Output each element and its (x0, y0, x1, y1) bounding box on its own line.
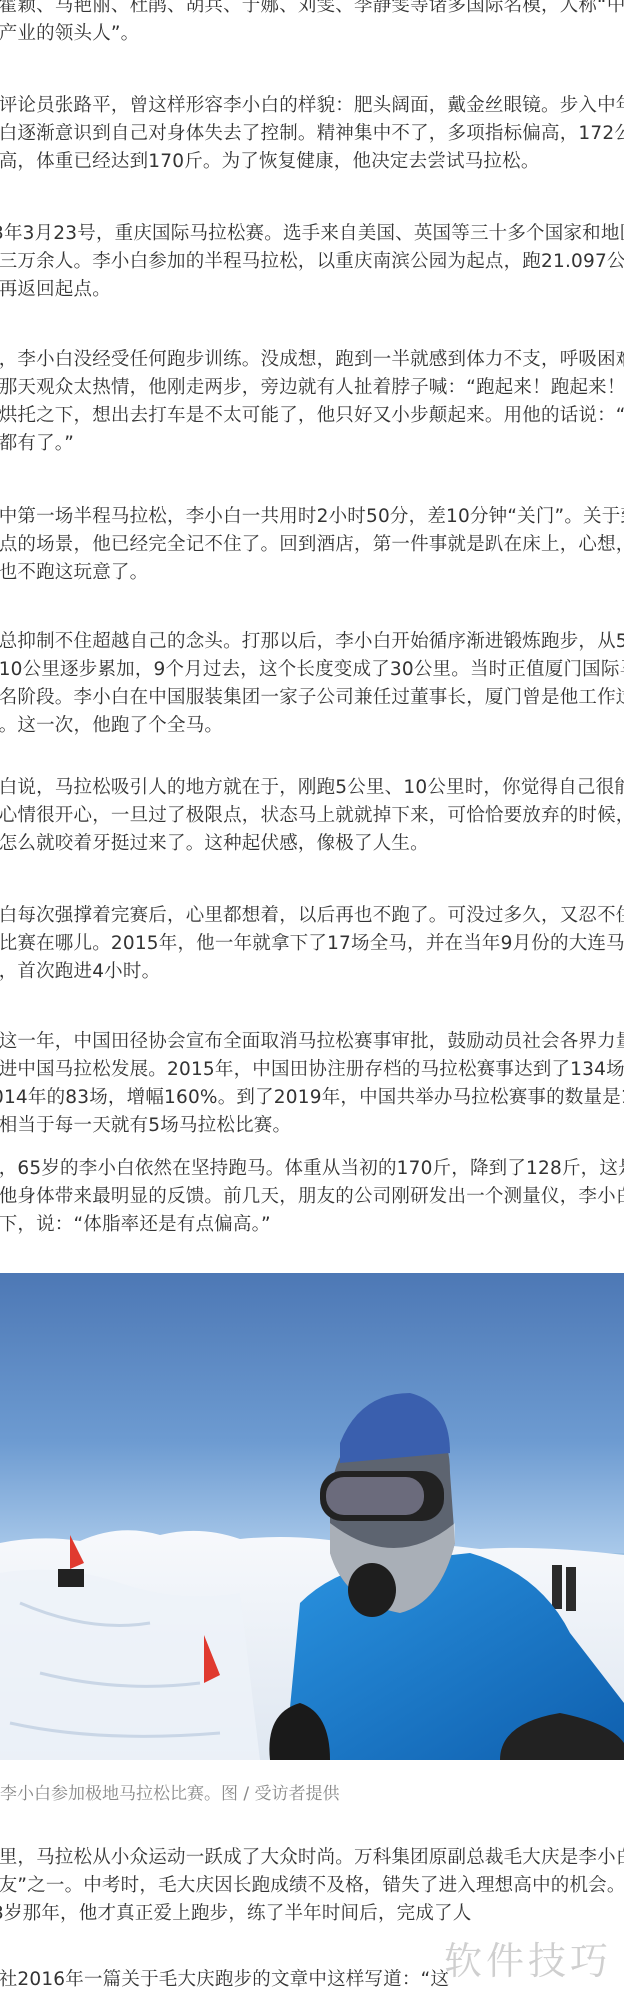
paragraph-line: 终点的场景，他已经完全记不住了。回到酒店，第一件事就是趴在床上，心想，以 (0, 531, 624, 559)
photo-caption: 李小白参加极地马拉松比赛。图 / 受访者提供 (0, 1781, 340, 1807)
paragraph-line: 给他身体带来最明显的反馈。前几天，朋友的公司刚研发出一个测量仪，李小白试 (0, 1183, 624, 1211)
article-paragraph: 前，李小白没经受任何跑步训练。没成想，跑到一半就感到体力不支，呼吸困难。可那天观… (0, 346, 624, 458)
article-paragraph: 育评论员张路平，曾这样形容李小白的样貌：肥头阔面，戴金丝眼镜。步入中年的小白逐渐… (0, 92, 624, 176)
paragraph-line: 育评论员张路平，曾这样形容李小白的样貌：肥头阔面，戴金丝眼镜。步入中年的 (0, 92, 624, 120)
paragraph-line: 再也不跑这玩意了。 (0, 559, 624, 587)
watermark-text: 软件技巧 (444, 1930, 612, 1985)
paragraph-line: 报名阶段。李小白在中国服装集团一家子公司兼任过董事长，厦门曾是他工作过的 (0, 684, 624, 712)
paragraph-line: 可那天观众太热情，他刚走两步，旁边就有人扯着脖子喊：“跑起来！跑起来！” (0, 374, 624, 402)
article-paragraph: 生中第一场半程马拉松，李小白一共用时2小时50分，差10分钟“关门”。关于到终点… (0, 503, 624, 587)
paragraph-line: 、10公里逐步累加，9个月过去，这个长度变成了30公里。当时正值厦门国际马拉 (0, 656, 624, 684)
article-paragraph: 小白每次强撑着完赛后，心里都想着，以后再也不跑了。可没过多久，又忍不住看场比赛在… (0, 902, 624, 986)
article-photo (0, 1273, 624, 1760)
paragraph-line: ，心情很开心，一旦过了极限点，状态马上就就掉下来，可恰恰要放弃的时候，不 (0, 802, 624, 830)
article-paragraph: 人总抑制不住超越自己的念头。打那以后，李小白开始循序渐进锻炼跑步，从5公、10公… (0, 628, 624, 740)
paragraph-line: 小白说，马拉松吸引人的地方就在于，刚跑5公里、10公里时，你觉得自己很能 (0, 774, 624, 802)
paragraph-line: 氛烘托之下，想出去打车是不太可能了，他只好又小步颠起来。用他的话说：“爬 (0, 402, 624, 430)
paragraph-line: 出霍颖、马艳丽、杜鹃、胡兵、于娜、刘雯、李静雯等诸多国际名模，人称“中国 (0, 0, 624, 20)
paragraph-line: 2014年的83场，增幅160%。到了2019年，中国共举办马拉松赛事的数量是1… (0, 1084, 624, 1112)
paragraph-line: 是这一年，中国田径协会宣布全面取消马拉松赛事审批，鼓励动员社会各界力量共 (0, 1028, 624, 1056)
article-paragraph: 出霍颖、马艳丽、杜鹃、胡兵、于娜、刘雯、李静雯等诸多国际名模，人称“中国尚产业的… (0, 0, 624, 48)
article-paragraph: 今，65岁的李小白依然在坚持跑马。体重从当初的170斤，降到了128斤，这是跑给… (0, 1155, 624, 1239)
paragraph-line: 前，李小白没经受任何跑步训练。没成想，跑到一半就感到体力不支，呼吸困难。 (0, 346, 624, 374)
article-paragraph: 年里，马拉松从小众运动一跃成了大众时尚。万科集团原副总裁毛大庆是李小白的跑友”之… (0, 1844, 624, 1928)
paragraph-line: 生中第一场半程马拉松，李小白一共用时2小时50分，差10分钟“关门”。关于到 (0, 503, 624, 531)
paragraph-line: ，相当于每一天就有5场马拉松比赛。 (0, 1112, 624, 1140)
paragraph-line: 一下，说：“体脂率还是有点偏高。” (0, 1211, 624, 1239)
article-paragraph: 小白说，马拉松吸引人的地方就在于，刚跑5公里、10公里时，你觉得自己很能，心情很… (0, 774, 624, 858)
polar-marathon-photo-illustration (0, 1273, 624, 1760)
paragraph-line: 小白每次强撑着完赛后，心里都想着，以后再也不跑了。可没过多久，又忍不住看 (0, 902, 624, 930)
paragraph-line: 道怎么就咬着牙挺过来了。这种起伏感，像极了人生。 (0, 830, 624, 858)
paragraph-line: 推进中国马拉松发展。2015年，中国田协注册存档的马拉松赛事达到了134场。对 (0, 1056, 624, 1084)
paragraph-line: 计三万余人。李小白参加的半程马拉松，以重庆南滨公园为起点，跑21.097公里， (0, 248, 624, 276)
paragraph-line: 43岁那年，他才真正爱上跑步，练了半年时间后，完成了人 (0, 1900, 624, 1928)
paragraph-line: 上，首次跑进4小时。 (0, 958, 624, 986)
paragraph-line: 尚产业的领头人”。 (0, 20, 624, 48)
paragraph-line: 终再返回起点。 (0, 276, 624, 304)
paragraph-line: 身高，体重已经达到170斤。为了恢复健康，他决定去尝试马拉松。 (0, 148, 624, 176)
paragraph-line: 人总抑制不住超越自己的念头。打那以后，李小白开始循序渐进锻炼跑步，从5公 (0, 628, 624, 656)
paragraph-line: 今，65岁的李小白依然在坚持跑马。体重从当初的170斤，降到了128斤，这是跑 (0, 1155, 624, 1183)
paragraph-line: 13年3月23号，重庆国际马拉松赛。选手来自美国、英国等三十多个国家和地区， (0, 220, 624, 248)
paragraph-line: 跑友”之一。中考时，毛大庆因长跑成绩不及格，错失了进入理想高中的机会。直 (0, 1872, 624, 1900)
paragraph-line: 心都有了。” (0, 430, 624, 458)
paragraph-line: 小白逐渐意识到自己对身体失去了控制。精神集中不了，多项指标偏高，172公分 (0, 120, 624, 148)
paragraph-line: 场比赛在哪儿。2015年，他一年就拿下了17场全马，并在当年9月份的大连马拉松 (0, 930, 624, 958)
paragraph-line: 年里，马拉松从小众运动一跃成了大众时尚。万科集团原副总裁毛大庆是李小白的 (0, 1844, 624, 1872)
paragraph-line: 方。这一次，他跑了个全马。 (0, 712, 624, 740)
article-paragraph: 13年3月23号，重庆国际马拉松赛。选手来自美国、英国等三十多个国家和地区，计三… (0, 220, 624, 304)
article-paragraph: 是这一年，中国田径协会宣布全面取消马拉松赛事审批，鼓励动员社会各界力量共推进中国… (0, 1028, 624, 1140)
